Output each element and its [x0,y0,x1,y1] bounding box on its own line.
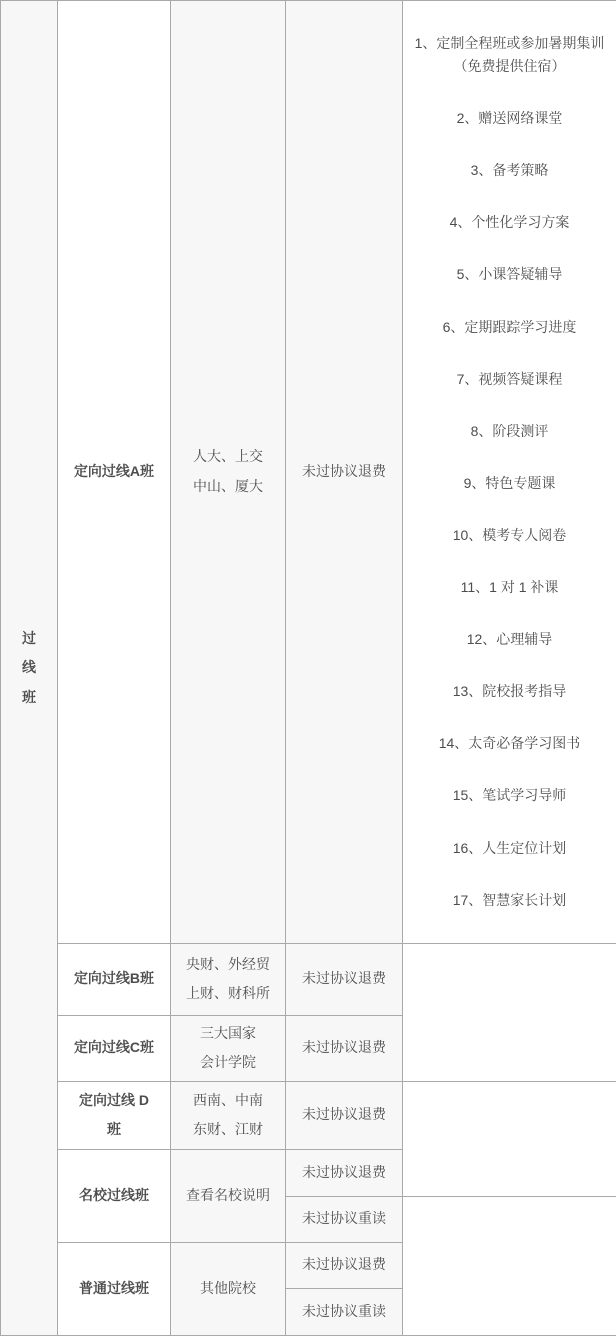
schools-cell: 人大、上交 中山、厦大 [171,1,286,944]
benefit-item: 17、智慧家长计划 [407,889,612,912]
benefit-item: 8、阶段测评 [407,420,612,443]
class-name-cell: 定向过线B班 [58,943,171,1015]
schools-cell: 西南、中南 东财、江财 [171,1081,286,1149]
group-cell-guoxianban: 过 线 班 [1,1,58,1336]
policy-cell: 未过协议退费 [286,1,403,944]
empty-benefits-cell [403,943,616,1081]
benefit-item: 11、1 对 1 补课 [407,576,612,599]
benefit-item: 10、模考专人阅卷 [407,524,612,547]
benefit-item: 1、定制全程班或参加暑期集训 （免费提供住宿） [407,32,612,77]
schools-cell: 央财、外经贸 上财、财科所 [171,943,286,1015]
class-name-cell: 定向过线C班 [58,1015,171,1081]
policy-cell: 未过协议重读 [286,1288,403,1335]
empty-benefits-cell [403,1081,616,1196]
schools-cell: 查看名校说明 [171,1149,286,1242]
benefits-cell: 1、定制全程班或参加暑期集训 （免费提供住宿） 2、赠送网络课堂 3、备考策略 … [403,1,616,944]
benefit-item: 4、个性化学习方案 [407,211,612,234]
schools-cell: 其他院校 [171,1242,286,1335]
benefit-item: 9、特色专题课 [407,472,612,495]
policy-cell: 未过协议退费 [286,1242,403,1288]
policy-cell: 未过协议退费 [286,943,403,1015]
benefit-item: 16、人生定位计划 [407,837,612,860]
course-tier-table: 过 线 班 定向过线A班 人大、上交 中山、厦大 未过协议退费 1、定制全程班或… [0,0,616,1336]
benefit-item: 5、小课答疑辅导 [407,263,612,286]
class-name-cell: 名校过线班 [58,1149,171,1242]
class-name-cell: 定向过线 D 班 [58,1081,171,1149]
benefit-item: 12、心理辅导 [407,628,612,651]
benefit-item: 2、赠送网络课堂 [407,107,612,130]
benefit-item: 6、定期跟踪学习进度 [407,316,612,339]
group-label: 过 线 班 [22,630,36,705]
schools-cell: 三大国家 会计学院 [171,1015,286,1081]
policy-cell: 未过协议退费 [286,1015,403,1081]
policy-cell: 未过协议重读 [286,1196,403,1242]
policy-cell: 未过协议退费 [286,1149,403,1196]
benefit-item: 15、笔试学习导师 [407,784,612,807]
class-name-cell: 普通过线班 [58,1242,171,1335]
empty-benefits-cell [403,1196,616,1335]
policy-cell: 未过协议退费 [286,1081,403,1149]
benefit-item: 13、院校报考指导 [407,680,612,703]
benefit-item: 7、视频答疑课程 [407,368,612,391]
class-name-cell: 定向过线A班 [58,1,171,944]
benefit-item: 3、备考策略 [407,159,612,182]
benefit-item: 14、太奇必备学习图书 [407,732,612,755]
